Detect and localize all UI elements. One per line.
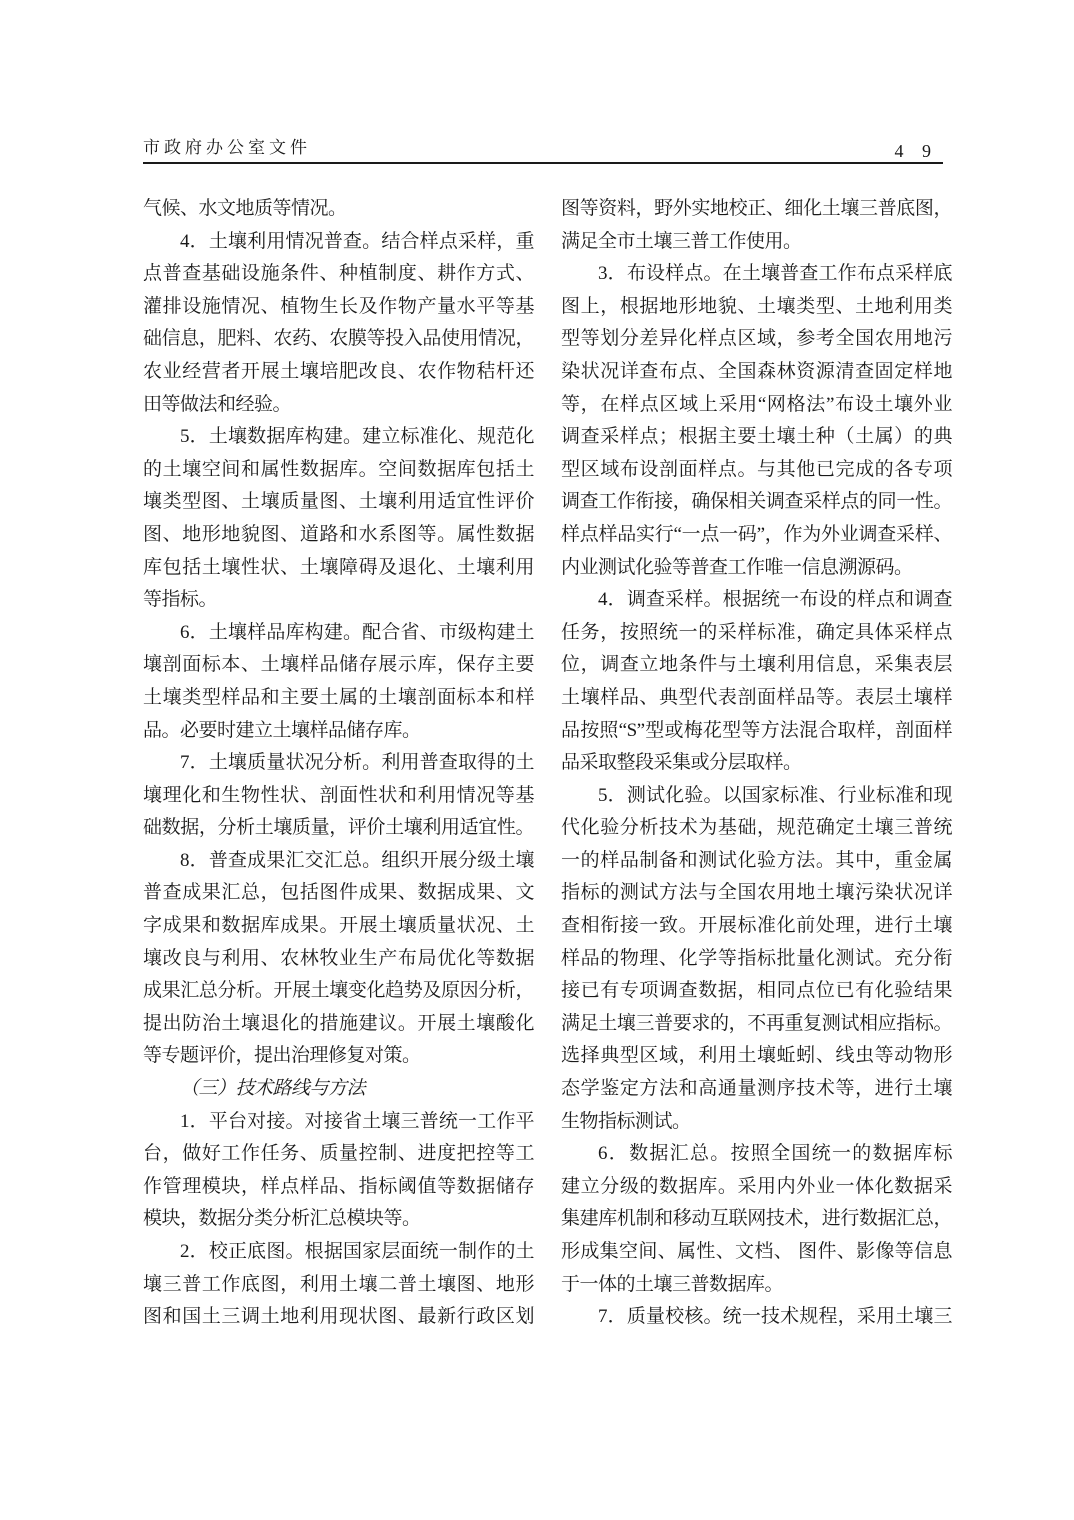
text-line: 壤理化和生物性状、剖面性状和利用情况等基	[143, 780, 534, 813]
text-line: 6．土壤样品库构建。配合省、市级构建土	[143, 617, 534, 650]
text-line: 样点样品实行“一点一码”，作为外业调查采样、	[561, 519, 952, 552]
text-line: 3．布设样点。在土壤普查工作布点采样底	[561, 258, 952, 291]
text-line: 态学鉴定方法和高通量测序技术等，进行土壤	[561, 1073, 952, 1106]
text-line: 7．质量校核。统一技术规程，采用土壤三	[561, 1301, 952, 1334]
text-line: 型等划分差异化样点区域，参考全国农用地污	[561, 323, 952, 356]
text-line: 的土壤空间和属性数据库。空间数据库包括土	[143, 454, 534, 487]
text-line: 壤类型图、土壤质量图、土壤利用适宜性评价	[143, 486, 534, 519]
text-line: 任务，按照统一的采样标准，确定具体采样点	[561, 617, 952, 650]
text-line: 等，在样点区域上采用“网格法”布设土壤外业	[561, 389, 952, 422]
right-column: 图等资料，野外实地校正、细化土壤三普底图，满足全市土壤三普工作使用。3．布设样点…	[561, 193, 952, 1334]
text-line: 壤三普工作底图，利用土壤二普土壤图、地形	[143, 1269, 534, 1302]
text-line: 提出防治土壤退化的措施建议。开展土壤酸化	[143, 1008, 534, 1041]
text-line: 内业测试化验等普查工作唯一信息溯源码。	[561, 552, 952, 585]
text-line: 图等资料，野外实地校正、细化土壤三普底图，	[561, 193, 952, 226]
text-line: 6．数据汇总。按照全国统一的数据库标准，	[561, 1138, 952, 1171]
text-line: 作管理模块，样点样品、指标阈值等数据储存	[143, 1171, 534, 1204]
text-line: 代化验分析技术为基础，规范确定土壤三普统	[561, 812, 952, 845]
text-line: 田等做法和经验。	[143, 389, 534, 422]
text-line: 染状况详查布点、全国森林资源清查固定样地	[561, 356, 952, 389]
text-line: 等指标。	[143, 584, 534, 617]
text-line: 一的样品制备和测试化验方法。其中，重金属	[561, 845, 952, 878]
text-line: 集建库机制和移动互联网技术，进行数据汇总，	[561, 1203, 952, 1236]
text-line: 图、地形地貌图、道路和水系图等。属性数据	[143, 519, 534, 552]
text-line: 查相衔接一致。开展标准化前处理，进行土壤	[561, 910, 952, 943]
text-line: 形成集空间、属性、文档、 图件、影像等信息	[561, 1236, 952, 1269]
text-line: 土壤类型样品和主要土属的土壤剖面标本和样	[143, 682, 534, 715]
text-line: 台，做好工作任务、质量控制、进度把控等工	[143, 1138, 534, 1171]
text-line: 普查成果汇总，包括图件成果、数据成果、文	[143, 877, 534, 910]
text-line: 点普查基础设施条件、种植制度、耕作方式、	[143, 258, 534, 291]
text-line: 满足土壤三普要求的，不再重复测试相应指标。	[561, 1008, 952, 1041]
text-line: 型区域布设剖面样点。与其他已完成的各专项	[561, 454, 952, 487]
text-line: 4．调查采样。根据统一布设的样点和调查	[561, 584, 952, 617]
text-line: 成果汇总分析。开展土壤变化趋势及原因分析，	[143, 975, 534, 1008]
text-line: 土壤样品、典型代表剖面样品等。表层土壤样	[561, 682, 952, 715]
text-line: 建立分级的数据库。采用内外业一体化数据采	[561, 1171, 952, 1204]
text-line: 1．平台对接。对接省土壤三普统一工作平	[143, 1106, 534, 1139]
text-line: 调查采样点；根据主要土壤土种（土属）的典	[561, 421, 952, 454]
text-line: 库包括土壤性状、土壤障碍及退化、土壤利用	[143, 552, 534, 585]
text-line: 样品的物理、化学等指标批量化测试。充分衔	[561, 943, 952, 976]
text-line: 7．土壤质量状况分析。利用普查取得的土	[143, 747, 534, 780]
text-line: 调查工作衔接，确保相关调查采样点的同一性。	[561, 486, 952, 519]
text-line: 品。必要时建立土壤样品储存库。	[143, 715, 534, 748]
text-line: 壤改良与利用、农林牧业生产布局优化等数据	[143, 943, 534, 976]
text-line: 指标的测试方法与全国农用地土壤污染状况详	[561, 877, 952, 910]
body-columns: 气候、水文地质等情况。4．土壤利用情况普查。结合样点采样，重点普查基础设施条件、…	[143, 193, 952, 1334]
text-line: 5．土壤数据库构建。建立标准化、规范化	[143, 421, 534, 454]
text-line: 灌排设施情况、植物生长及作物产量水平等基	[143, 291, 534, 324]
section-heading: （三）技术路线与方法	[143, 1073, 534, 1106]
left-column: 气候、水文地质等情况。4．土壤利用情况普查。结合样点采样，重点普查基础设施条件、…	[143, 193, 534, 1334]
text-line: 生物指标测试。	[561, 1106, 952, 1139]
text-line: 2．校正底图。根据国家层面统一制作的土	[143, 1236, 534, 1269]
document-page: 市政府办公室文件 4 9 气候、水文地质等情况。4．土壤利用情况普查。结合样点采…	[0, 0, 1074, 1520]
text-line: 4．土壤利用情况普查。结合样点采样，重	[143, 226, 534, 259]
text-line: 图和国土三调土地利用现状图、最新行政区划	[143, 1301, 534, 1334]
text-line: 础信息，肥料、农药、农膜等投入品使用情况，	[143, 323, 534, 356]
text-line: 础数据，分析土壤质量，评价土壤利用适宜性。	[143, 812, 534, 845]
text-line: 于一体的土壤三普数据库。	[561, 1269, 952, 1302]
text-line: 品采取整段采集或分层取样。	[561, 747, 952, 780]
page-number: 4 9	[895, 141, 939, 162]
text-line: 选择典型区域，利用土壤蚯蚓、线虫等动物形	[561, 1040, 952, 1073]
text-line: 农业经营者开展土壤培肥改良、农作物秸杆还	[143, 356, 534, 389]
text-line: 满足全市土壤三普工作使用。	[561, 226, 952, 259]
text-line: 接已有专项调查数据，相同点位已有化验结果	[561, 975, 952, 1008]
text-line: 等专题评价，提出治理修复对策。	[143, 1040, 534, 1073]
text-line: 图上，根据地形地貌、土壤类型、土地利用类	[561, 291, 952, 324]
document-header-label: 市政府办公室文件	[143, 133, 311, 158]
text-line: 5．测试化验。以国家标准、行业标准和现	[561, 780, 952, 813]
text-line: 8．普查成果汇交汇总。组织开展分级土壤	[143, 845, 534, 878]
text-line: 位，调查立地条件与土壤利用信息，采集表层	[561, 649, 952, 682]
text-line: 壤剖面标本、土壤样品储存展示库，保存主要	[143, 649, 534, 682]
text-line: 字成果和数据库成果。开展土壤质量状况、土	[143, 910, 534, 943]
text-line: 模块，数据分类分析汇总模块等。	[143, 1203, 534, 1236]
text-line: 品按照“S”型或梅花型等方法混合取样，剖面样	[561, 715, 952, 748]
text-line: 气候、水文地质等情况。	[143, 193, 534, 226]
header-rule	[143, 162, 943, 164]
